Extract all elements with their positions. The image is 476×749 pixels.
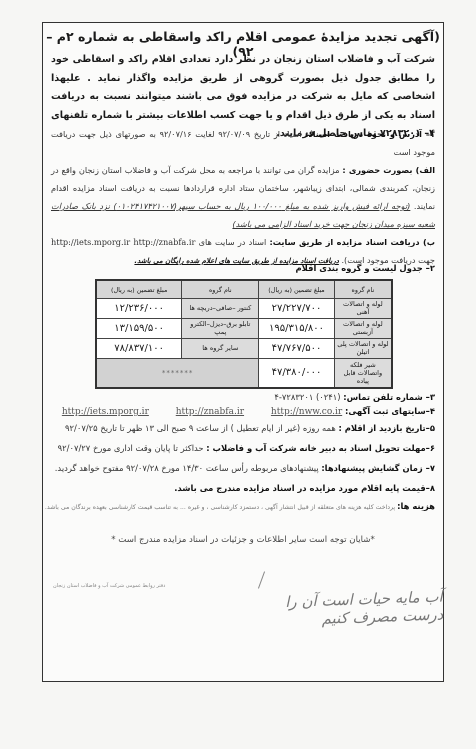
- table-row: ۱۲/۲۳۶/۰۰۰ کنتور –صافی–دریچه ها ۲۷/۲۲۷/۷…: [96, 299, 392, 319]
- section-4: ۴–سایتهای ثبت آگهی: http://iets.mporg.ir…: [103, 406, 435, 417]
- header-price-2: مبلغ تضمین (به ریال): [96, 280, 182, 299]
- section-8-label: ۸–قیمت پایه اقلام مورد مزایده در اسناد م…: [51, 483, 435, 493]
- section-5: ۵–تاریخ بازدید از اقلام : همه روزه (غیر …: [51, 423, 435, 433]
- section-3-label: ۳– شماره تلفن تماس:: [343, 392, 435, 402]
- site-link-iets[interactable]: http://iets.mporg.ir: [62, 407, 149, 417]
- section-1: ۱– آدرس و نحوهٔ دریافت اسناد: اسناد از ت…: [51, 125, 435, 270]
- header-name-2: نام گروه: [182, 280, 259, 299]
- price-1: ۴۷/۳۸۰/۰۰۰: [259, 358, 334, 388]
- header-price-1: مبلغ تضمین (به ریال): [259, 280, 334, 299]
- section-5-text: همه روزه (غیر از ایام تعطیل ) از ساعت ۹ …: [65, 423, 336, 433]
- name-1: شیر فلکه واتصالات قابل پیاده: [334, 358, 392, 388]
- empty-cell-stars: *******: [96, 358, 259, 388]
- section-6-text: حداکثر تا پایان وقت اداری مورخ ۹۲/۰۷/۲۷: [58, 443, 204, 453]
- price-1: ۱۹۵/۳۱۵/۸۰۰: [259, 318, 334, 338]
- name-1: لوله و اتصالات آزبستی: [334, 318, 392, 338]
- phone-number: (۰۲۴۱) ۷۲۸۳۲۰۱-۴: [274, 392, 340, 402]
- site-link-nww[interactable]: http://nww.co.ir: [271, 407, 342, 417]
- costs-label: هزینه ها:: [397, 501, 435, 511]
- price-2: ۷۸/۸۳۷/۱۰۰: [96, 338, 182, 358]
- site-link-znabfa[interactable]: http://znabfa.ir: [176, 407, 244, 417]
- price-2: ۱۳/۱۵۹/۵۰۰: [96, 318, 182, 338]
- costs: هزینه ها: پرداخت کلیه هزینه های متعلقه ا…: [51, 501, 435, 511]
- table-header-row: مبلغ تضمین (به ریال) نام گروه مبلغ تضمین…: [96, 280, 392, 299]
- section-1b-label: ب) دریافت اسناد مزایده از طریق سایت:: [269, 237, 435, 247]
- table-row: ******* ۴۷/۳۸۰/۰۰۰ شیر فلکه واتصالات قاب…: [96, 358, 392, 388]
- section-7-text: پیشنهادهای مربوطه رأس ساعت ۱۴/۳۰ مورخ ۹۲…: [55, 463, 319, 473]
- table-row: ۷۸/۸۳۷/۱۰۰ سایر گروه ها ۴۷/۷۶۷/۵۰۰ لوله …: [96, 338, 392, 358]
- price-1: ۴۷/۷۶۷/۵۰۰: [259, 338, 334, 358]
- section-1a-label: الف) بصورت حضوری :: [342, 165, 435, 175]
- section-2-label: ۲– جدول لیست و گروه بندی اقلام: [51, 263, 435, 273]
- section-1b-text: اسناد در سایت های: [199, 237, 267, 247]
- name-2: تابلو برق–دیزل–الکترو پمپ: [182, 318, 259, 338]
- section-1a-note: (توجه ارائه فیش واریز شده به مبلغ ۱۰۰/۰۰…: [51, 201, 435, 229]
- header-name-1: نام گروه: [334, 280, 392, 299]
- auction-notice-frame: (آگهی تجدید مزایدهٔ عمومی اقلام راکد واس…: [42, 22, 444, 682]
- section-7: ۷– زمان گشایش پیشنهادها: پیشنهادهای مربو…: [51, 463, 435, 473]
- name-2: سایر گروه ها: [182, 338, 259, 358]
- pr-office: دفتر روابط عمومی شرکت آب و فاضلاب استان …: [53, 583, 165, 589]
- footer-note: *شایان توجه است سایر اطلاعات و جزئیات در…: [43, 535, 443, 545]
- name-1: لوله و اتصالات آهنی: [334, 299, 392, 319]
- table-row: ۱۳/۱۵۹/۵۰۰ تابلو برق–دیزل–الکترو پمپ ۱۹۵…: [96, 318, 392, 338]
- slogan-flourish: [258, 571, 265, 588]
- section-1b-site-1[interactable]: http://iets.mporg.ir: [51, 237, 130, 247]
- section-4-label: ۴–سایتهای ثبت آگهی:: [345, 406, 435, 416]
- price-1: ۲۷/۲۲۷/۷۰۰: [259, 299, 334, 319]
- section-1b-site-2[interactable]: http://znabfa.ir: [133, 237, 195, 247]
- name-1: لوله و اتصالات پلی اتیلن: [334, 338, 392, 358]
- name-2: کنتور –صافی–دریچه ها: [182, 299, 259, 319]
- section-6-label: ۶–مهلت تحویل اسناد به دبیر خانه شرکت آب …: [206, 443, 435, 453]
- items-table: مبلغ تضمین (به ریال) نام گروه مبلغ تضمین…: [95, 279, 393, 389]
- slogan: آب مایه حیات است آن را درست مصرف کنیم: [242, 588, 443, 631]
- section-1-label: ۱– آدرس و نحوهٔ دریافت اسناد:: [305, 129, 435, 139]
- price-2: ۱۲/۲۳۶/۰۰۰: [96, 299, 182, 319]
- section-3: ۳– شماره تلفن تماس: (۰۲۴۱) ۷۲۸۳۲۰۱-۴: [51, 392, 435, 402]
- section-7-label: ۷– زمان گشایش پیشنهادها:: [321, 463, 435, 473]
- costs-text: پرداخت کلیه هزینه های متعلقه از قبیل انت…: [45, 504, 395, 511]
- section-5-label: ۵–تاریخ بازدید از اقلام :: [338, 423, 435, 433]
- section-6: ۶–مهلت تحویل اسناد به دبیر خانه شرکت آب …: [51, 443, 435, 453]
